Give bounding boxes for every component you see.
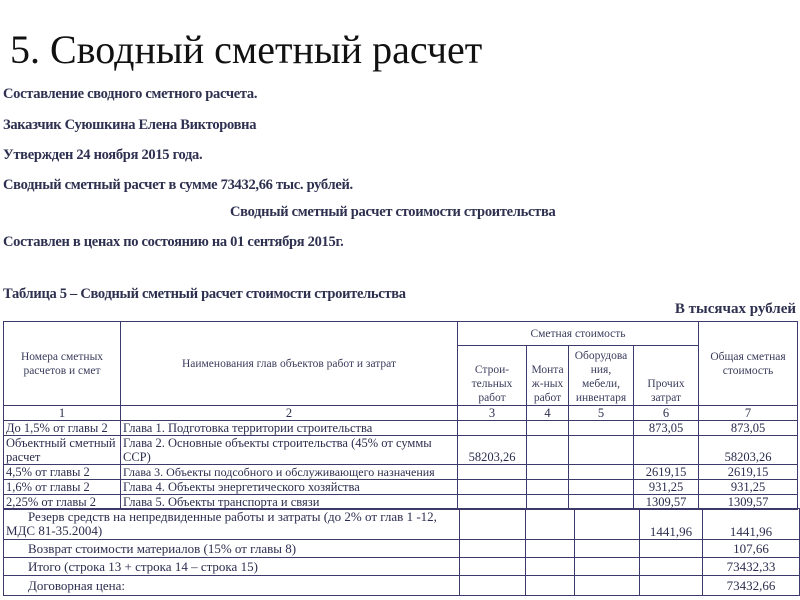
header-installation-works: Монта ж-ных работ: [527, 346, 569, 406]
intro-line-1: Составление сводного сметного расчета.: [3, 86, 257, 103]
header-other-costs: Прочих затрат: [634, 346, 699, 406]
summary-total: 73432,33: [703, 558, 800, 576]
row-total: 873,05: [699, 421, 798, 436]
section-heading: Сводный сметный расчет стоимости строите…: [230, 204, 555, 221]
column-numbers-row: 1 2 3 4 5 6 7: [4, 406, 798, 421]
summary-table: Резерв средств на непредвиденные работы …: [3, 508, 800, 596]
row-name: Глава 2. Основные объекты строительства …: [121, 436, 458, 465]
header-equipment: Оборудова ния, мебели, инвентаря: [569, 346, 634, 406]
header-estimated-cost: Сметная стоимость: [458, 322, 699, 346]
row-name: Глава 3. Объекты подсобного и обслуживаю…: [121, 465, 458, 480]
summary-name: Итого (строка 13 + строка 14 – строка 15…: [4, 558, 460, 576]
col-number: 7: [699, 406, 798, 421]
row-ref: 4,5% от главы 2: [4, 465, 121, 480]
col-number: 5: [569, 406, 634, 421]
table-row: Объектный сметный расчет Глава 2. Основн…: [4, 436, 798, 465]
header-chapter-names: Наименования глав объектов работ и затра…: [121, 322, 458, 406]
summary-name: Возврат стоимости материалов (15% от гла…: [4, 540, 460, 558]
approval-line: Утвержден 24 ноября 2015 года.: [3, 147, 202, 164]
header-total-cost: Общая сметная стоимость: [699, 322, 798, 406]
row-other-costs: 873,05: [634, 421, 699, 436]
summary-total: 73432,66: [703, 576, 800, 596]
summary-row: Возврат стоимости материалов (15% от гла…: [4, 540, 800, 558]
row-other-costs: 931,25: [634, 480, 699, 495]
header-ref-numbers: Номера сметных расчетов и смет: [4, 322, 121, 406]
row-ref: Объектный сметный расчет: [4, 436, 121, 465]
summary-name: Резерв средств на непредвиденные работы …: [4, 509, 460, 540]
summary-name: Договорная цена:: [4, 576, 460, 596]
summary-other-costs: 1441,96: [640, 509, 703, 540]
table-row: 4,5% от главы 2 Глава 3. Объекты подсобн…: [4, 465, 798, 480]
row-ref: 1,6% от главы 2: [4, 480, 121, 495]
row-construction: 58203,26: [458, 436, 527, 465]
col-number: 1: [4, 406, 121, 421]
col-number: 4: [527, 406, 569, 421]
summary-row: Резерв средств на непредвиденные работы …: [4, 509, 800, 540]
summary-total: 107,66: [703, 540, 800, 558]
summary-row: Договорная цена: 73432,66: [4, 576, 800, 596]
row-other-costs: 2619,15: [634, 465, 699, 480]
row-name: Глава 4. Объекты энергетического хозяйст…: [121, 480, 458, 495]
row-ref: До 1,5% от главы 2: [4, 421, 121, 436]
row-name: Глава 1. Подготовка территории строитель…: [121, 421, 458, 436]
table-caption: Таблица 5 – Сводный сметный расчет стоим…: [3, 286, 406, 303]
row-total: 58203,26: [699, 436, 798, 465]
customer-line: Заказчик Суюшкина Елена Викторовна: [3, 117, 256, 134]
col-number: 3: [458, 406, 527, 421]
row-total: 2619,15: [699, 465, 798, 480]
summary-total: 1441,96: [703, 509, 800, 540]
row-total: 931,25: [699, 480, 798, 495]
table-row: 1,6% от главы 2 Глава 4. Объекты энергет…: [4, 480, 798, 495]
summary-row: Итого (строка 13 + строка 14 – строка 15…: [4, 558, 800, 576]
slide-title: 5. Сводный сметный расчет: [10, 30, 482, 70]
header-construction-works: Строи-тельных работ: [458, 346, 527, 406]
col-number: 6: [634, 406, 699, 421]
units-label: В тысячах рублей: [675, 301, 796, 318]
table-row: До 1,5% от главы 2 Глава 1. Подготовка т…: [4, 421, 798, 436]
total-sum-line: Сводный сметный расчет в сумме 73432,66 …: [3, 177, 353, 194]
col-number: 2: [121, 406, 458, 421]
prices-date-line: Составлен в ценах по состоянию на 01 сен…: [3, 234, 343, 251]
estimate-table: Номера сметных расчетов и смет Наименова…: [3, 321, 798, 510]
